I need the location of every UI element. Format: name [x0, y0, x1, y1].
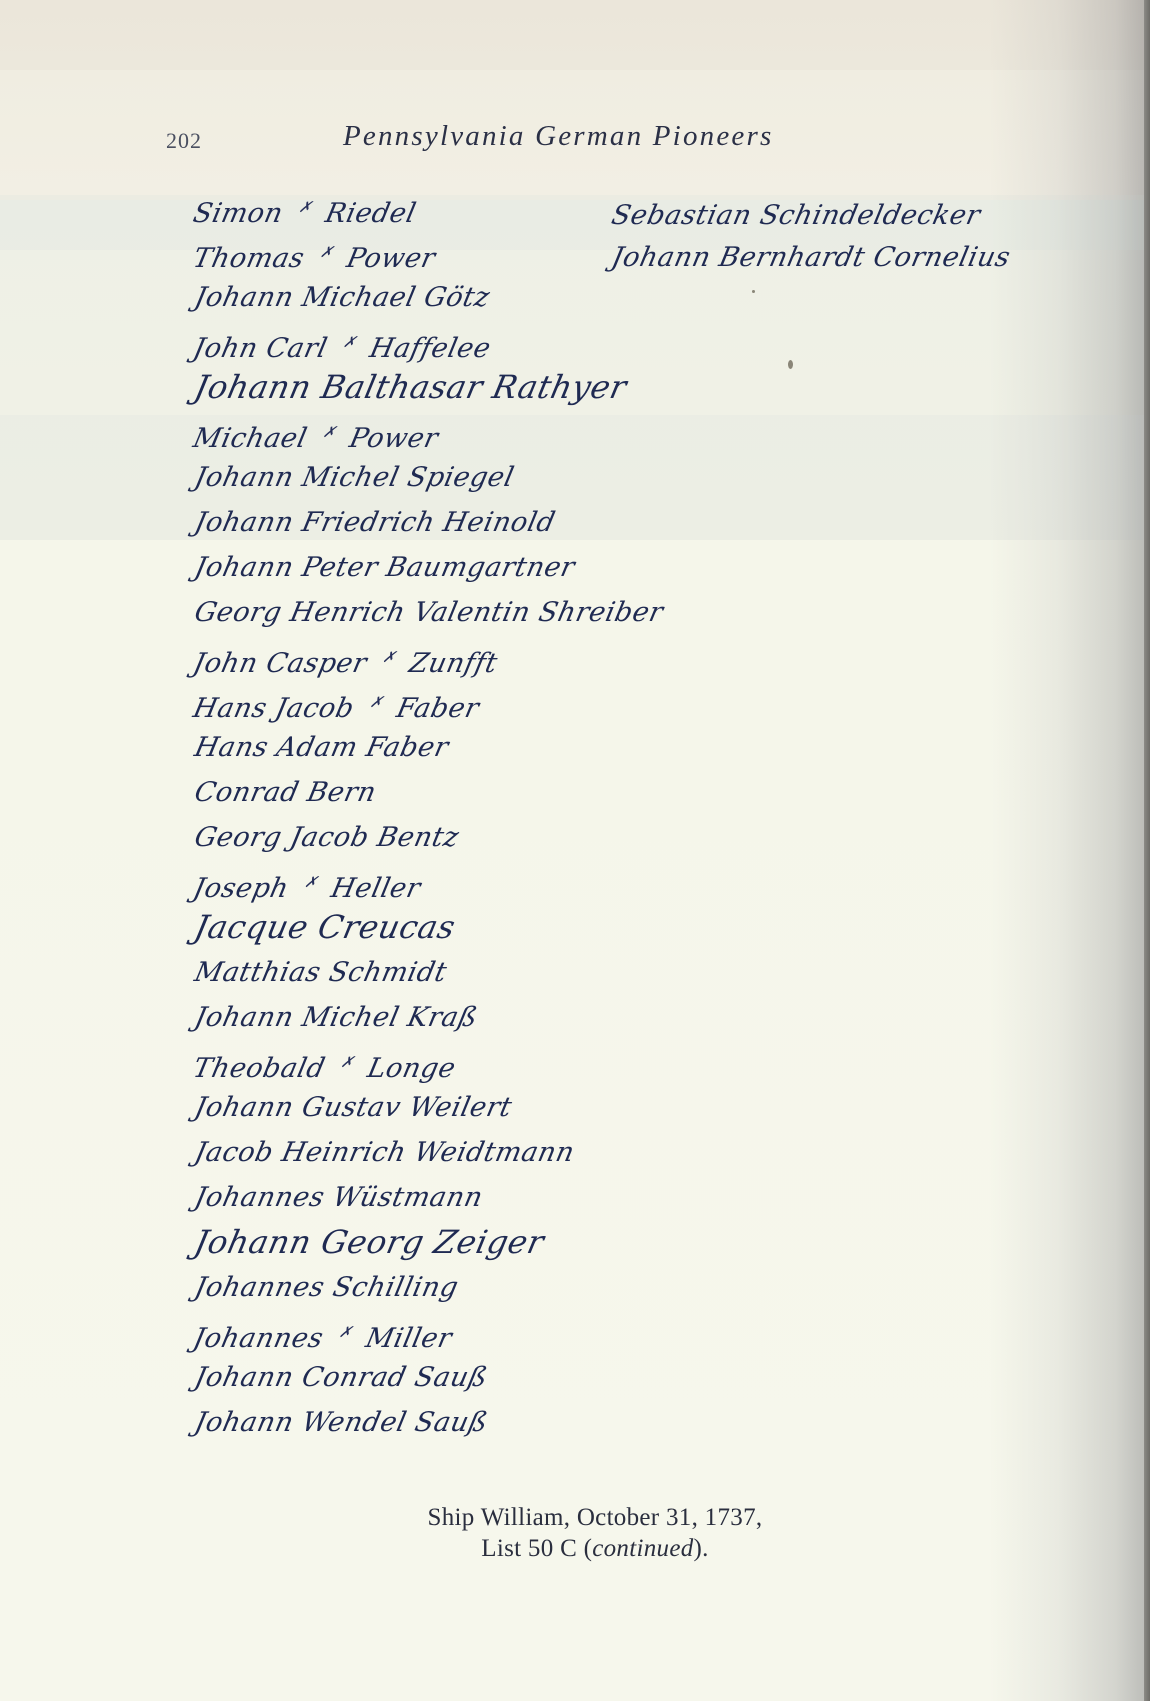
signature-surname: Power: [335, 243, 439, 274]
caption-line-1: Ship William, October 31, 1737,: [40, 1502, 1150, 1533]
signature-surname: Power: [338, 423, 442, 454]
signature: Jacque Creucas: [190, 905, 620, 950]
paper-speck: [788, 360, 793, 369]
his-mark: ✗: [378, 635, 401, 680]
signature-surname: Zunfft: [397, 648, 500, 679]
signature: John Carl ✗ Haffelee: [190, 320, 620, 365]
signature: Johannes Schilling: [190, 1265, 620, 1310]
signature-name: Thomas: [190, 243, 316, 274]
his-mark: ✗: [294, 185, 317, 230]
running-head: Pennsylvania German Pioneers: [343, 120, 773, 153]
signature: Johann Peter Baumgartner: [190, 545, 620, 590]
signature: Thomas ✗ Power: [190, 230, 620, 275]
signature-name: Theobald: [190, 1053, 337, 1084]
signature-surname: Haffelee: [358, 333, 494, 364]
signature-surname: Miller: [354, 1323, 455, 1354]
signature: Georg Jacob Bentz: [190, 815, 620, 860]
signature: Joseph ✗ Heller: [190, 860, 620, 905]
signature: Johannes ✗ Miller: [190, 1310, 620, 1355]
signature-name: Joseph: [190, 873, 300, 904]
signature-surname: Longe: [356, 1053, 459, 1084]
figure-caption: Ship William, October 31, 1737, List 50 …: [0, 1502, 1150, 1564]
signature-name: Michael: [190, 423, 319, 454]
signature: Matthias Schmidt: [190, 950, 620, 995]
signature-name: John Casper: [190, 648, 378, 679]
signature-list-left: Simon ✗ RiedelThomas ✗ PowerJohann Micha…: [195, 185, 615, 1445]
signature: Johann Georg Zeiger: [190, 1220, 620, 1265]
signature: Johann Wendel Sauß: [190, 1400, 620, 1445]
signature: Sebastian Schindeldecker: [608, 195, 1017, 237]
signature: Michael ✗ Power: [190, 410, 620, 455]
signature-name: John Carl: [190, 333, 339, 364]
signature: Johann Michel Kraß: [190, 995, 620, 1040]
signature: Johann Michael Götz: [190, 275, 620, 320]
signature: Jacob Heinrich Weidtmann: [190, 1130, 620, 1175]
signature: Johann Balthasar Rathyer: [190, 365, 620, 410]
signature: Georg Henrich Valentin Shreiber: [190, 590, 620, 635]
page-gutter-edge: [1144, 0, 1150, 1701]
signature: Theobald ✗ Longe: [190, 1040, 620, 1085]
signature: Hans Jacob ✗ Faber: [190, 680, 620, 725]
signature: Johann Michel Spiegel: [190, 455, 620, 500]
scanned-book-page: 202 Pennsylvania German Pioneers Simon ✗…: [0, 0, 1150, 1701]
signature: Conrad Bern: [190, 770, 620, 815]
signature-name: Johannes: [190, 1323, 335, 1354]
signature: Johann Conrad Sauß: [190, 1355, 620, 1400]
signature: Johann Friedrich Heinold: [190, 500, 620, 545]
signature-surname: Riedel: [313, 198, 419, 229]
caption-line-2: List 50 C (continued).: [40, 1533, 1150, 1564]
signature-surname: Heller: [319, 873, 423, 904]
signature: Johannes Wüstmann: [190, 1175, 620, 1220]
signature: Hans Adam Faber: [190, 725, 620, 770]
paper-speck: [752, 290, 755, 293]
signature: Simon ✗ Riedel: [190, 185, 620, 230]
signature-name: Simon: [190, 198, 295, 229]
signature-name: Hans Jacob: [190, 693, 366, 724]
signature: Johann Gustav Weilert: [190, 1085, 620, 1130]
signature: John Casper ✗ Zunfft: [190, 635, 620, 680]
signature-list-right: Sebastian SchindeldeckerJohann Bernhardt…: [612, 195, 1012, 279]
page-number: 202: [166, 128, 202, 154]
signature: Johann Bernhardt Cornelius: [608, 237, 1017, 279]
his-mark: ✗: [300, 860, 323, 905]
signature-surname: Faber: [385, 693, 482, 724]
